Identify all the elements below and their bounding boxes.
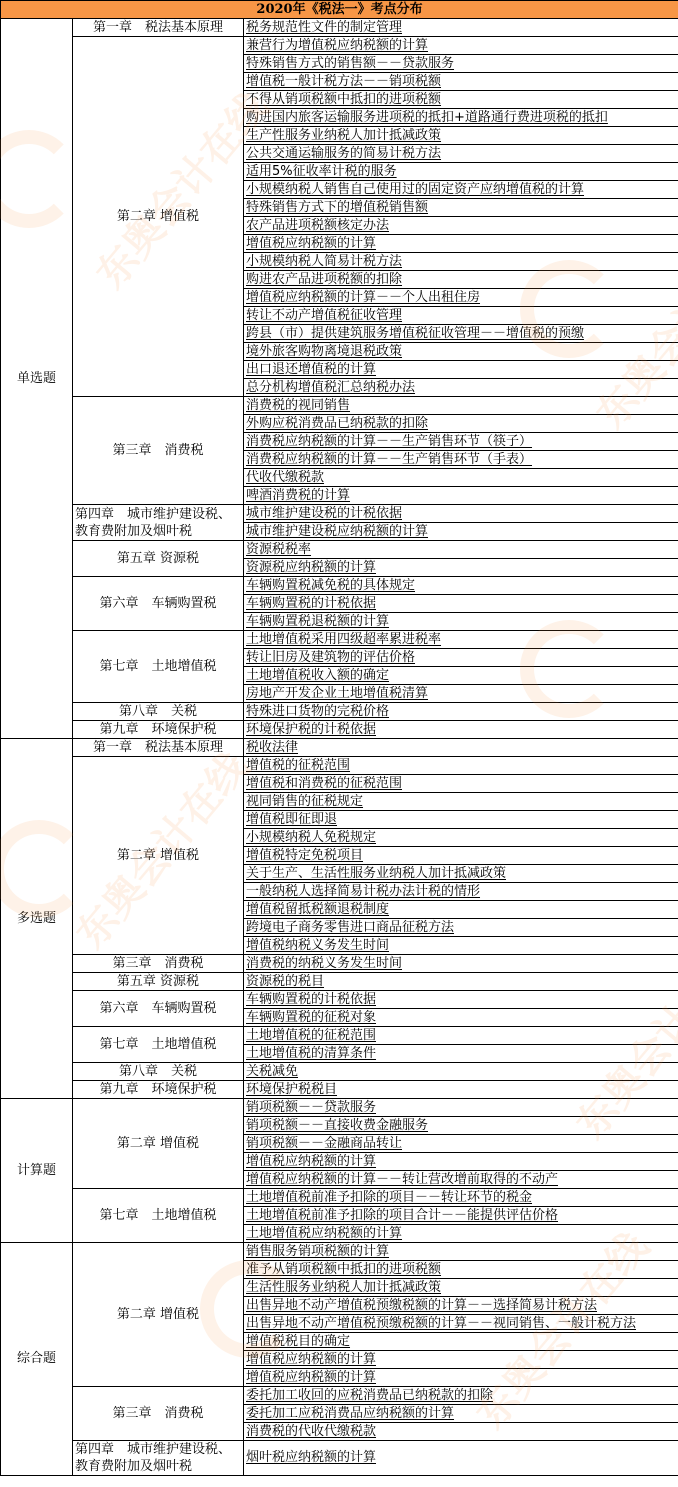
exam-topic-distribution: 2020年《税法一》考点分布 单选题第一章 税法基本原理税务规范性文件的制定管理…: [0, 0, 678, 1476]
chapter-cell: 第七章 土地增值税: [73, 1189, 244, 1243]
topic-cell: 环境保护税税目: [244, 1081, 678, 1099]
table-row: 第三章 消费税消费税的纳税义务发生时间: [1, 955, 678, 973]
table-row: 第九章 环境保护税环境保护税的计税依据: [1, 721, 678, 739]
chapter-cell: 第九章 环境保护税: [73, 721, 244, 739]
topic-cell: 一般纳税人选择简易计税办法计税的情形: [244, 883, 678, 901]
question-type-cell: 多选题: [1, 739, 73, 1099]
topic-cell: 土地增值税前准予扣除的项目－－转让环节的税金: [244, 1189, 678, 1207]
topic-cell: 跨县（市）提供建筑服务增值税征收管理－－增值税的预缴: [244, 325, 678, 343]
topic-cell: 消费税的代收代缴税款: [244, 1423, 678, 1441]
table-row: 第二章 增值税增值税的征税范围: [1, 757, 678, 775]
chapter-cell: 第八章 关税: [73, 1063, 244, 1081]
topic-cell: 销售服务销项税额的计算: [244, 1243, 678, 1261]
topic-cell: 土地增值税应纳税额的计算: [244, 1225, 678, 1243]
topic-cell: 小规模纳税人销售自己使用过的固定资产应纳增值税的计算: [244, 181, 678, 199]
topic-cell: 委托加工应税消费品应纳税额的计算: [244, 1405, 678, 1423]
topic-cell: 车辆购置税的征税对象: [244, 1009, 678, 1027]
topic-cell: 公共交通运输服务的简易计税方法: [244, 145, 678, 163]
table-row: 单选题第一章 税法基本原理税务规范性文件的制定管理: [1, 19, 678, 37]
question-type-cell: 综合题: [1, 1243, 73, 1476]
topic-cell: 出售异地不动产增值税预缴税额的计算－－视同销售、一般计税方法: [244, 1315, 678, 1333]
table-row: 第五章 资源税资源税的税目: [1, 973, 678, 991]
topic-cell: 跨境电子商务零售进口商品征税方法: [244, 919, 678, 937]
topic-cell: 烟叶税应纳税额的计算: [244, 1441, 678, 1476]
topic-cell: 增值税特定免税项目: [244, 847, 678, 865]
topic-cell: 车辆购置税减免税的具体规定: [244, 577, 678, 595]
table-row: 第九章 环境保护税环境保护税税目: [1, 1081, 678, 1099]
topic-cell: 增值税留抵税额退税制度: [244, 901, 678, 919]
chapter-cell: 第三章 消费税: [73, 1387, 244, 1441]
topic-cell: 增值税应纳税额的计算－－转让营改增前取得的不动产: [244, 1171, 678, 1189]
chapter-cell: 第八章 关税: [73, 703, 244, 721]
table-row: 第三章 消费税消费税的视同销售: [1, 397, 678, 415]
table-row: 第八章 关税关税减免: [1, 1063, 678, 1081]
chapter-cell: 第二章 增值税: [73, 757, 244, 955]
table-row: 第八章 关税特殊进口货物的完税价格: [1, 703, 678, 721]
table-row: 第四章 城市维护建设税、教育费附加及烟叶税城市维护建设税的计税依据: [1, 505, 678, 523]
topic-cell: 代收代缴税款: [244, 469, 678, 487]
topic-cell: 增值税即征即退: [244, 811, 678, 829]
topic-cell: 资源税应纳税额的计算: [244, 559, 678, 577]
chapter-cell: 第四章 城市维护建设税、教育费附加及烟叶税: [73, 1441, 244, 1476]
topic-cell: 出售异地不动产增值税预缴税额的计算－－选择简易计税方法: [244, 1297, 678, 1315]
chapter-cell: 第一章 税法基本原理: [73, 19, 244, 37]
topic-cell: 车辆购置税的计税依据: [244, 595, 678, 613]
topic-cell: 销项税额－－金融商品转让: [244, 1135, 678, 1153]
topic-cell: 转让不动产增值税征收管理: [244, 307, 678, 325]
question-type-cell: 计算题: [1, 1099, 73, 1243]
table-row: 第七章 土地增值税土地增值税采用四级超率累进税率: [1, 631, 678, 649]
topic-cell: 增值税纳税义务发生时间: [244, 937, 678, 955]
question-type-cell: 单选题: [1, 19, 73, 739]
chapter-cell: 第二章 增值税: [73, 1099, 244, 1189]
table-row: 第六章 车辆购置税车辆购置税减免税的具体规定: [1, 577, 678, 595]
topic-cell: 增值税应纳税额的计算: [244, 1153, 678, 1171]
topic-cell: 环境保护税的计税依据: [244, 721, 678, 739]
chapter-cell: 第五章 资源税: [73, 973, 244, 991]
table-row: 第三章 消费税委托加工收回的应税消费品已纳税款的扣除: [1, 1387, 678, 1405]
table-row: 第六章 车辆购置税车辆购置税的计税依据: [1, 991, 678, 1009]
chapter-cell: 第五章 资源税: [73, 541, 244, 577]
topic-cell: 增值税应纳税额的计算－－个人出租住房: [244, 289, 678, 307]
topic-cell: 土地增值税采用四级超率累进税率: [244, 631, 678, 649]
chapter-cell: 第七章 土地增值税: [73, 631, 244, 703]
topic-cell: 土地增值税收入额的确定: [244, 667, 678, 685]
topic-cell: 特殊销售方式下的增值税销售额: [244, 199, 678, 217]
topic-cell: 关于生产、生活性服务业纳税人加计抵减政策: [244, 865, 678, 883]
topic-cell: 小规模纳税人免税规定: [244, 829, 678, 847]
topic-cell: 适用5%征收率计税的服务: [244, 163, 678, 181]
topic-cell: 兼营行为增值税应纳税额的计算: [244, 37, 678, 55]
table-row: 多选题第一章 税法基本原理税收法律: [1, 739, 678, 757]
topic-cell: 啤酒消费税的计算: [244, 487, 678, 505]
topic-cell: 不得从销项税额中抵扣的进项税额: [244, 91, 678, 109]
topic-cell: 特殊进口货物的完税价格: [244, 703, 678, 721]
topic-cell: 购进农产品进项税额的扣除: [244, 271, 678, 289]
chapter-cell: 第六章 车辆购置税: [73, 991, 244, 1027]
topic-cell: 资源税税率: [244, 541, 678, 559]
topic-cell: 增值税的征税范围: [244, 757, 678, 775]
topic-cell: 增值税应纳税额的计算: [244, 235, 678, 253]
topic-cell: 外购应税消费品已纳税款的扣除: [244, 415, 678, 433]
chapter-cell: 第九章 环境保护税: [73, 1081, 244, 1099]
topic-cell: 增值税一般计税方法－－销项税额: [244, 73, 678, 91]
chapter-cell: 第六章 车辆购置税: [73, 577, 244, 631]
topic-cell: 税收法律: [244, 739, 678, 757]
topic-cell: 生活性服务业纳税人加计抵减政策: [244, 1279, 678, 1297]
topic-cell: 特殊销售方式的销售额－－贷款服务: [244, 55, 678, 73]
topic-cell: 增值税和消费税的征税范围: [244, 775, 678, 793]
topic-cell: 增值税应纳税额的计算: [244, 1369, 678, 1387]
topic-cell: 土地增值税前准予扣除的项目合计－－能提供评估价格: [244, 1207, 678, 1225]
topic-cell: 消费税应纳税额的计算－－生产销售环节（筷子）: [244, 433, 678, 451]
topic-cell: 销项税额－－直接收费金融服务: [244, 1117, 678, 1135]
topic-cell: 资源税的税目: [244, 973, 678, 991]
topic-cell: 视同销售的征税规定: [244, 793, 678, 811]
topic-cell: 销项税额－－贷款服务: [244, 1099, 678, 1117]
topic-cell: 关税减免: [244, 1063, 678, 1081]
topic-cell: 小规模纳税人简易计税方法: [244, 253, 678, 271]
topic-cell: 准予从销项税额中抵扣的进项税额: [244, 1261, 678, 1279]
topic-cell: 增值税税目的确定: [244, 1333, 678, 1351]
chapter-cell: 第一章 税法基本原理: [73, 739, 244, 757]
topic-cell: 生产性服务业纳税人加计抵减政策: [244, 127, 678, 145]
topic-cell: 消费税的视同销售: [244, 397, 678, 415]
topic-cell: 消费税的纳税义务发生时间: [244, 955, 678, 973]
topic-table: 2020年《税法一》考点分布 单选题第一章 税法基本原理税务规范性文件的制定管理…: [0, 0, 678, 1476]
chapter-cell: 第四章 城市维护建设税、教育费附加及烟叶税: [73, 505, 244, 541]
topic-cell: 出口退还增值税的计算: [244, 361, 678, 379]
chapter-cell: 第二章 增值税: [73, 37, 244, 397]
table-row: 计算题第二章 增值税销项税额－－贷款服务: [1, 1099, 678, 1117]
title-row: 2020年《税法一》考点分布: [1, 1, 678, 19]
chapter-cell: 第三章 消费税: [73, 397, 244, 505]
topic-cell: 房地产开发企业土地增值税清算: [244, 685, 678, 703]
topic-cell: 车辆购置税的计税依据: [244, 991, 678, 1009]
table-title: 2020年《税法一》考点分布: [1, 1, 678, 19]
topic-cell: 城市维护建设税应纳税额的计算: [244, 523, 678, 541]
topic-cell: 土地增值税的征税范围: [244, 1027, 678, 1045]
topic-cell: 农产品进项税额核定办法: [244, 217, 678, 235]
topic-cell: 购进国内旅客运输服务进项税的抵扣+道路通行费进项税的抵扣: [244, 109, 678, 127]
table-row: 第五章 资源税资源税税率: [1, 541, 678, 559]
topic-cell: 总分机构增值税汇总纳税办法: [244, 379, 678, 397]
topic-cell: 转让旧房及建筑物的评估价格: [244, 649, 678, 667]
table-row: 第二章 增值税兼营行为增值税应纳税额的计算: [1, 37, 678, 55]
chapter-cell: 第三章 消费税: [73, 955, 244, 973]
chapter-cell: 第七章 土地增值税: [73, 1027, 244, 1063]
topic-cell: 税务规范性文件的制定管理: [244, 19, 678, 37]
table-row: 第四章 城市维护建设税、教育费附加及烟叶税烟叶税应纳税额的计算: [1, 1441, 678, 1476]
table-row: 综合题第二章 增值税销售服务销项税额的计算: [1, 1243, 678, 1261]
topic-cell: 增值税应纳税额的计算: [244, 1351, 678, 1369]
table-row: 第七章 土地增值税土地增值税的征税范围: [1, 1027, 678, 1045]
topic-cell: 车辆购置税退税额的计算: [244, 613, 678, 631]
table-row: 第七章 土地增值税土地增值税前准予扣除的项目－－转让环节的税金: [1, 1189, 678, 1207]
chapter-cell: 第二章 增值税: [73, 1243, 244, 1387]
topic-cell: 委托加工收回的应税消费品已纳税款的扣除: [244, 1387, 678, 1405]
topic-cell: 消费税应纳税额的计算－－生产销售环节（手表）: [244, 451, 678, 469]
topic-cell: 城市维护建设税的计税依据: [244, 505, 678, 523]
topic-cell: 境外旅客购物离境退税政策: [244, 343, 678, 361]
topic-cell: 土地增值税的清算条件: [244, 1045, 678, 1063]
